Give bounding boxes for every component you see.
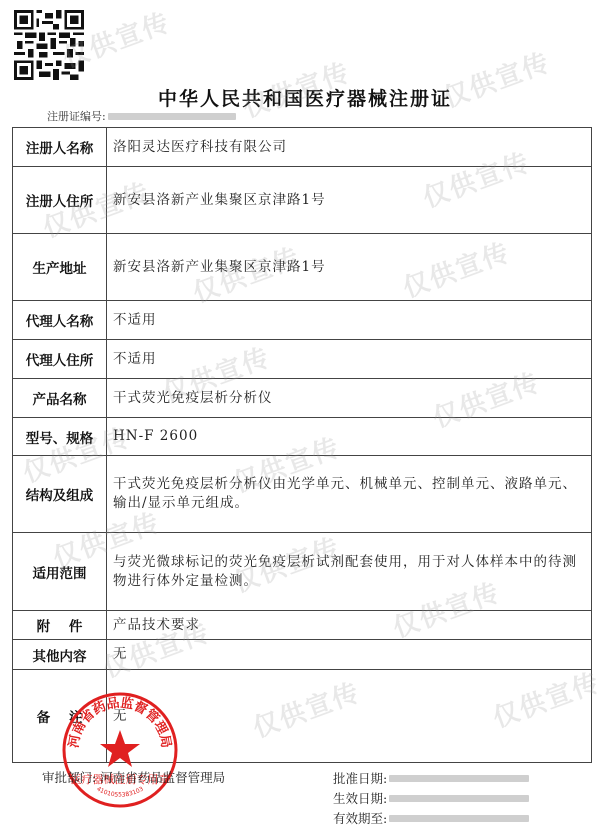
redacted-registration-number	[108, 113, 236, 120]
table-row: 其他内容 无	[13, 640, 592, 670]
certificate-table: 注册人名称 洛阳灵达医疗科技有限公司 注册人住所 新安县洛新产业集聚区京津路1号…	[12, 127, 592, 763]
table-row: 代理人住所 不适用	[13, 340, 592, 379]
row-label: 注册人名称	[13, 128, 107, 167]
redacted-effective-date	[389, 795, 529, 802]
row-label: 代理人住所	[13, 340, 107, 379]
table-row: 产品名称 干式荧光免疫层析分析仪	[13, 379, 592, 418]
table-row: 适用范围 与荧光微球标记的荧光免疫层析试剂配套使用，用于对人体样本中的待测物进行…	[13, 533, 592, 611]
row-value: 洛阳灵达医疗科技有限公司	[107, 128, 592, 167]
row-value: 不适用	[107, 301, 592, 340]
row-value: 干式荧光免疫层析分析仪由光学单元、机械单元、控制单元、液路单元、输出/显示单元组…	[107, 456, 592, 533]
row-label: 其他内容	[13, 640, 107, 670]
row-label: 产品名称	[13, 379, 107, 418]
table-row: 代理人名称 不适用	[13, 301, 592, 340]
row-value: 产品技术要求	[107, 611, 592, 640]
row-value: 新安县洛新产业集聚区京津路1号	[107, 234, 592, 301]
registration-number: 注册证编号:	[47, 108, 236, 124]
approval-date-label: 批准日期:	[333, 769, 387, 787]
table-row: 型号、规格 HN-F 2600	[13, 418, 592, 456]
effective-date-label: 生效日期:	[333, 789, 387, 807]
row-label: 注册人住所	[13, 167, 107, 234]
row-value: HN-F 2600	[107, 418, 592, 456]
redacted-approval-date	[389, 775, 529, 782]
row-label: 结构及组成	[13, 456, 107, 533]
table-row: 生产地址 新安县洛新产业集聚区京津路1号	[13, 234, 592, 301]
row-value: 不适用	[107, 340, 592, 379]
row-value: 与荧光微球标记的荧光免疫层析试剂配套使用，用于对人体样本中的待测物进行体外定量检…	[107, 533, 592, 611]
svg-text:4101055383103: 4101055383103	[95, 785, 144, 798]
row-value: 新安县洛新产业集聚区京津路1号	[107, 167, 592, 234]
row-label: 附 件	[13, 611, 107, 640]
row-value: 无	[107, 640, 592, 670]
table-row: 注册人住所 新安县洛新产业集聚区京津路1号	[13, 167, 592, 234]
registration-number-label: 注册证编号:	[47, 108, 106, 124]
row-label: 生产地址	[13, 234, 107, 301]
qr-code-icon	[14, 6, 84, 84]
effective-date-row: 生效日期:	[333, 788, 529, 808]
table-row: 注册人名称 洛阳灵达医疗科技有限公司	[13, 128, 592, 167]
expiry-date-label: 有效期至:	[333, 809, 387, 827]
redacted-expiry-date	[389, 815, 529, 822]
expiry-date-row: 有效期至:	[333, 808, 529, 828]
row-value: 干式荧光免疫层析分析仪	[107, 379, 592, 418]
official-seal-icon: 河南省药品监督管理局 医疗器械注册专用章 4101055383103	[60, 690, 180, 810]
table-row: 附 件 产品技术要求	[13, 611, 592, 640]
date-block: 批准日期: 生效日期: 有效期至:	[333, 768, 529, 828]
page-title: 中华人民共和国医疗器械注册证	[0, 84, 610, 111]
row-label: 适用范围	[13, 533, 107, 611]
approval-department: 审批部门: 河南省药品监督管理局	[42, 768, 225, 786]
row-label: 型号、规格	[13, 418, 107, 456]
row-label: 代理人名称	[13, 301, 107, 340]
approval-date-row: 批准日期:	[333, 768, 529, 788]
table-row: 结构及组成 干式荧光免疫层析分析仪由光学单元、机械单元、控制单元、液路单元、输出…	[13, 456, 592, 533]
